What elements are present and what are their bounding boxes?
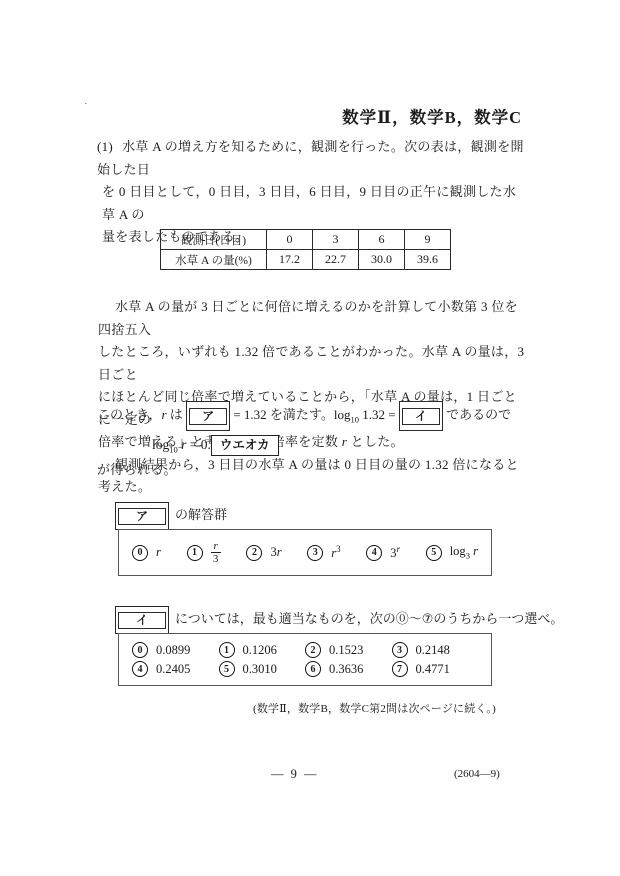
amount-value: 17.2	[267, 250, 313, 270]
fraction-numerator: r	[211, 540, 221, 553]
log-base-10: 10	[351, 415, 360, 425]
option-circle-2: 2	[246, 545, 262, 561]
option-circle-3: 3	[392, 642, 408, 658]
log-function: log	[334, 407, 351, 422]
option-b-4-value: 0.2405	[156, 662, 190, 677]
option-b-7-value: 0.4771	[416, 662, 450, 677]
log-base-3: 3	[466, 551, 470, 561]
scan-corner-mark: ·	[84, 98, 88, 110]
table-header-label: 観測日(日目)	[161, 230, 267, 250]
problem-number: (1)	[97, 136, 113, 159]
option-a-4-value: 3r	[390, 544, 400, 561]
option-circle-1: 1	[187, 545, 203, 561]
option-circle-3: 3	[307, 545, 323, 561]
result-line: が得られる。	[97, 459, 177, 482]
option-b-2: 2 0.1523	[305, 642, 392, 658]
option-b-0-value: 0.0899	[156, 643, 190, 658]
answer-box-a-label: ア	[189, 408, 227, 425]
group-a-heading: アの解答群	[115, 502, 227, 530]
option-a-1-value: r 3	[211, 540, 221, 565]
table-row: 観測日(日目) 0 3 6 9	[161, 230, 451, 250]
intro-line-1: (1)水草 A の増え方を知るために，観測を行った。次の表は，観測を開始した日	[97, 136, 529, 181]
option-b-6: 6 0.3636	[305, 661, 392, 677]
observation-table: 観測日(日目) 0 3 6 9 水草 A の量(%) 17.2 22.7 30.…	[160, 229, 451, 270]
option-circle-0: 0	[132, 545, 148, 561]
answer-box-i: イ	[399, 401, 443, 431]
day-value: 6	[359, 230, 405, 250]
power-exponent: r	[397, 544, 401, 554]
option-circle-7: 7	[392, 661, 408, 677]
continuation-note: (数学Ⅱ，数学B，数学C第2問は次ページに続く。)	[253, 700, 496, 716]
option-a-2-value: 3r	[270, 545, 281, 560]
answer-box-a-label: ア	[118, 508, 166, 525]
option-b-3-value: 0.2148	[416, 643, 450, 658]
day-value: 3	[313, 230, 359, 250]
option-a-3: 3 r3	[307, 544, 340, 561]
answer-box-a: ア	[115, 502, 169, 530]
amount-value: 39.6	[405, 250, 451, 270]
option-b-1-value: 0.1206	[243, 643, 277, 658]
option-circle-0: 0	[132, 642, 148, 658]
exam-page: · 数学Ⅱ，数学B，数学C (1)水草 A の増え方を知るために，観測を行った。…	[0, 0, 620, 876]
body-line-4-post: とした。	[347, 434, 404, 449]
option-b-7: 7 0.4771	[392, 661, 479, 677]
day-value: 0	[267, 230, 313, 250]
option-b-5-value: 0.3010	[243, 662, 277, 677]
body-line-2: したところ，いずれも 1.32 倍であることがわかった。水草 A の量は，3 日…	[98, 341, 530, 386]
option-circle-1: 1	[219, 642, 235, 658]
option-a-5: 5 log3 r	[426, 544, 478, 561]
option-a-4: 4 3r	[366, 544, 400, 561]
table-row: 水草 A の量(%) 17.2 22.7 30.0 39.6	[161, 250, 451, 270]
option-a-3-value: r3	[331, 544, 340, 561]
group-a-options-box: 0 r 1 r 3 2 3r 3 r3 4 3r 5 log3 r	[118, 529, 492, 576]
group-b-options-box: 0 0.0899 1 0.1206 2 0.1523 3 0.2148 4 0.…	[118, 633, 492, 686]
group-b-heading: イについては，最も適当なものを，次の⓪〜⑦のうちから一つ選べ。	[115, 606, 565, 634]
amount-value: 22.7	[313, 250, 359, 270]
equation-text: であるので	[443, 407, 511, 422]
option-a-5-value: log3 r	[450, 544, 478, 561]
option-circle-4: 4	[366, 545, 382, 561]
option-circle-2: 2	[305, 642, 321, 658]
fraction-denominator: 3	[213, 553, 219, 565]
power-exponent: 3	[336, 544, 341, 554]
booklet-code: (2604—9)	[454, 768, 500, 780]
option-b-5: 5 0.3010	[219, 661, 306, 677]
intro-line-2: を 0 日目として，0 日目，3 日目，6 日目，9 日目の正午に観測した水草 …	[102, 181, 529, 226]
answer-box-ueoka: ウエオカ	[211, 435, 279, 456]
body-line-1: 水草 A の量が 3 日ごとに何倍に増えるのかを計算して小数第 3 位を四捨五入	[98, 296, 530, 341]
option-a-0-value: r	[156, 545, 161, 560]
option-a-1: 1 r 3	[187, 540, 221, 565]
log-function: log	[450, 544, 466, 558]
table-data-label: 水草 A の量(%)	[161, 250, 267, 270]
equation-text: このとき，	[97, 407, 161, 422]
option-circle-4: 4	[132, 661, 148, 677]
equation-text: は	[167, 407, 187, 422]
option-circle-5: 5	[426, 545, 442, 561]
intro-line-1-text: 水草 A の増え方を知るために，観測を行った。次の表は，観測を開始した日	[97, 139, 524, 177]
day-value: 9	[405, 230, 451, 250]
option-a-0: 0 r	[132, 545, 161, 561]
group-a-heading-text: の解答群	[175, 507, 227, 522]
amount-value: 30.0	[359, 250, 405, 270]
equation-text: 1.32 =	[359, 407, 399, 422]
page-number: — 9 —	[271, 767, 319, 782]
page-title: 数学Ⅱ，数学B，数学C	[342, 104, 522, 128]
option-circle-6: 6	[305, 661, 321, 677]
variable-r: r	[473, 544, 478, 558]
log-function: log	[152, 437, 169, 452]
answer-box-i: イ	[115, 606, 169, 634]
equation-text: = 1.32 を満たす。	[230, 407, 334, 422]
option-b-3: 3 0.2148	[392, 642, 479, 658]
variable-r: r	[277, 545, 282, 559]
option-b-2-value: 0.1523	[329, 643, 363, 658]
option-b-0: 0 0.0899	[132, 642, 219, 658]
answer-box-a: ア	[186, 401, 230, 431]
option-a-2: 2 3r	[246, 545, 281, 561]
option-b-1: 1 0.1206	[219, 642, 306, 658]
option-circle-5: 5	[219, 661, 235, 677]
equation-line: このとき，r は ア = 1.32 を満たす。log10 1.32 = イ であ…	[97, 401, 537, 432]
answer-box-i-label: イ	[402, 408, 440, 425]
group-b-instruction: については，最も適当なものを，次の⓪〜⑦のうちから一つ選べ。	[175, 611, 563, 626]
option-b-6-value: 0.3636	[329, 662, 363, 677]
option-b-4: 4 0.2405	[132, 661, 219, 677]
display-equation: log10 r = 0.ウエオカ	[152, 433, 279, 462]
answer-box-i-label: イ	[118, 612, 166, 629]
equation-text: = 0.	[186, 437, 211, 452]
log-base-10: 10	[169, 445, 178, 455]
